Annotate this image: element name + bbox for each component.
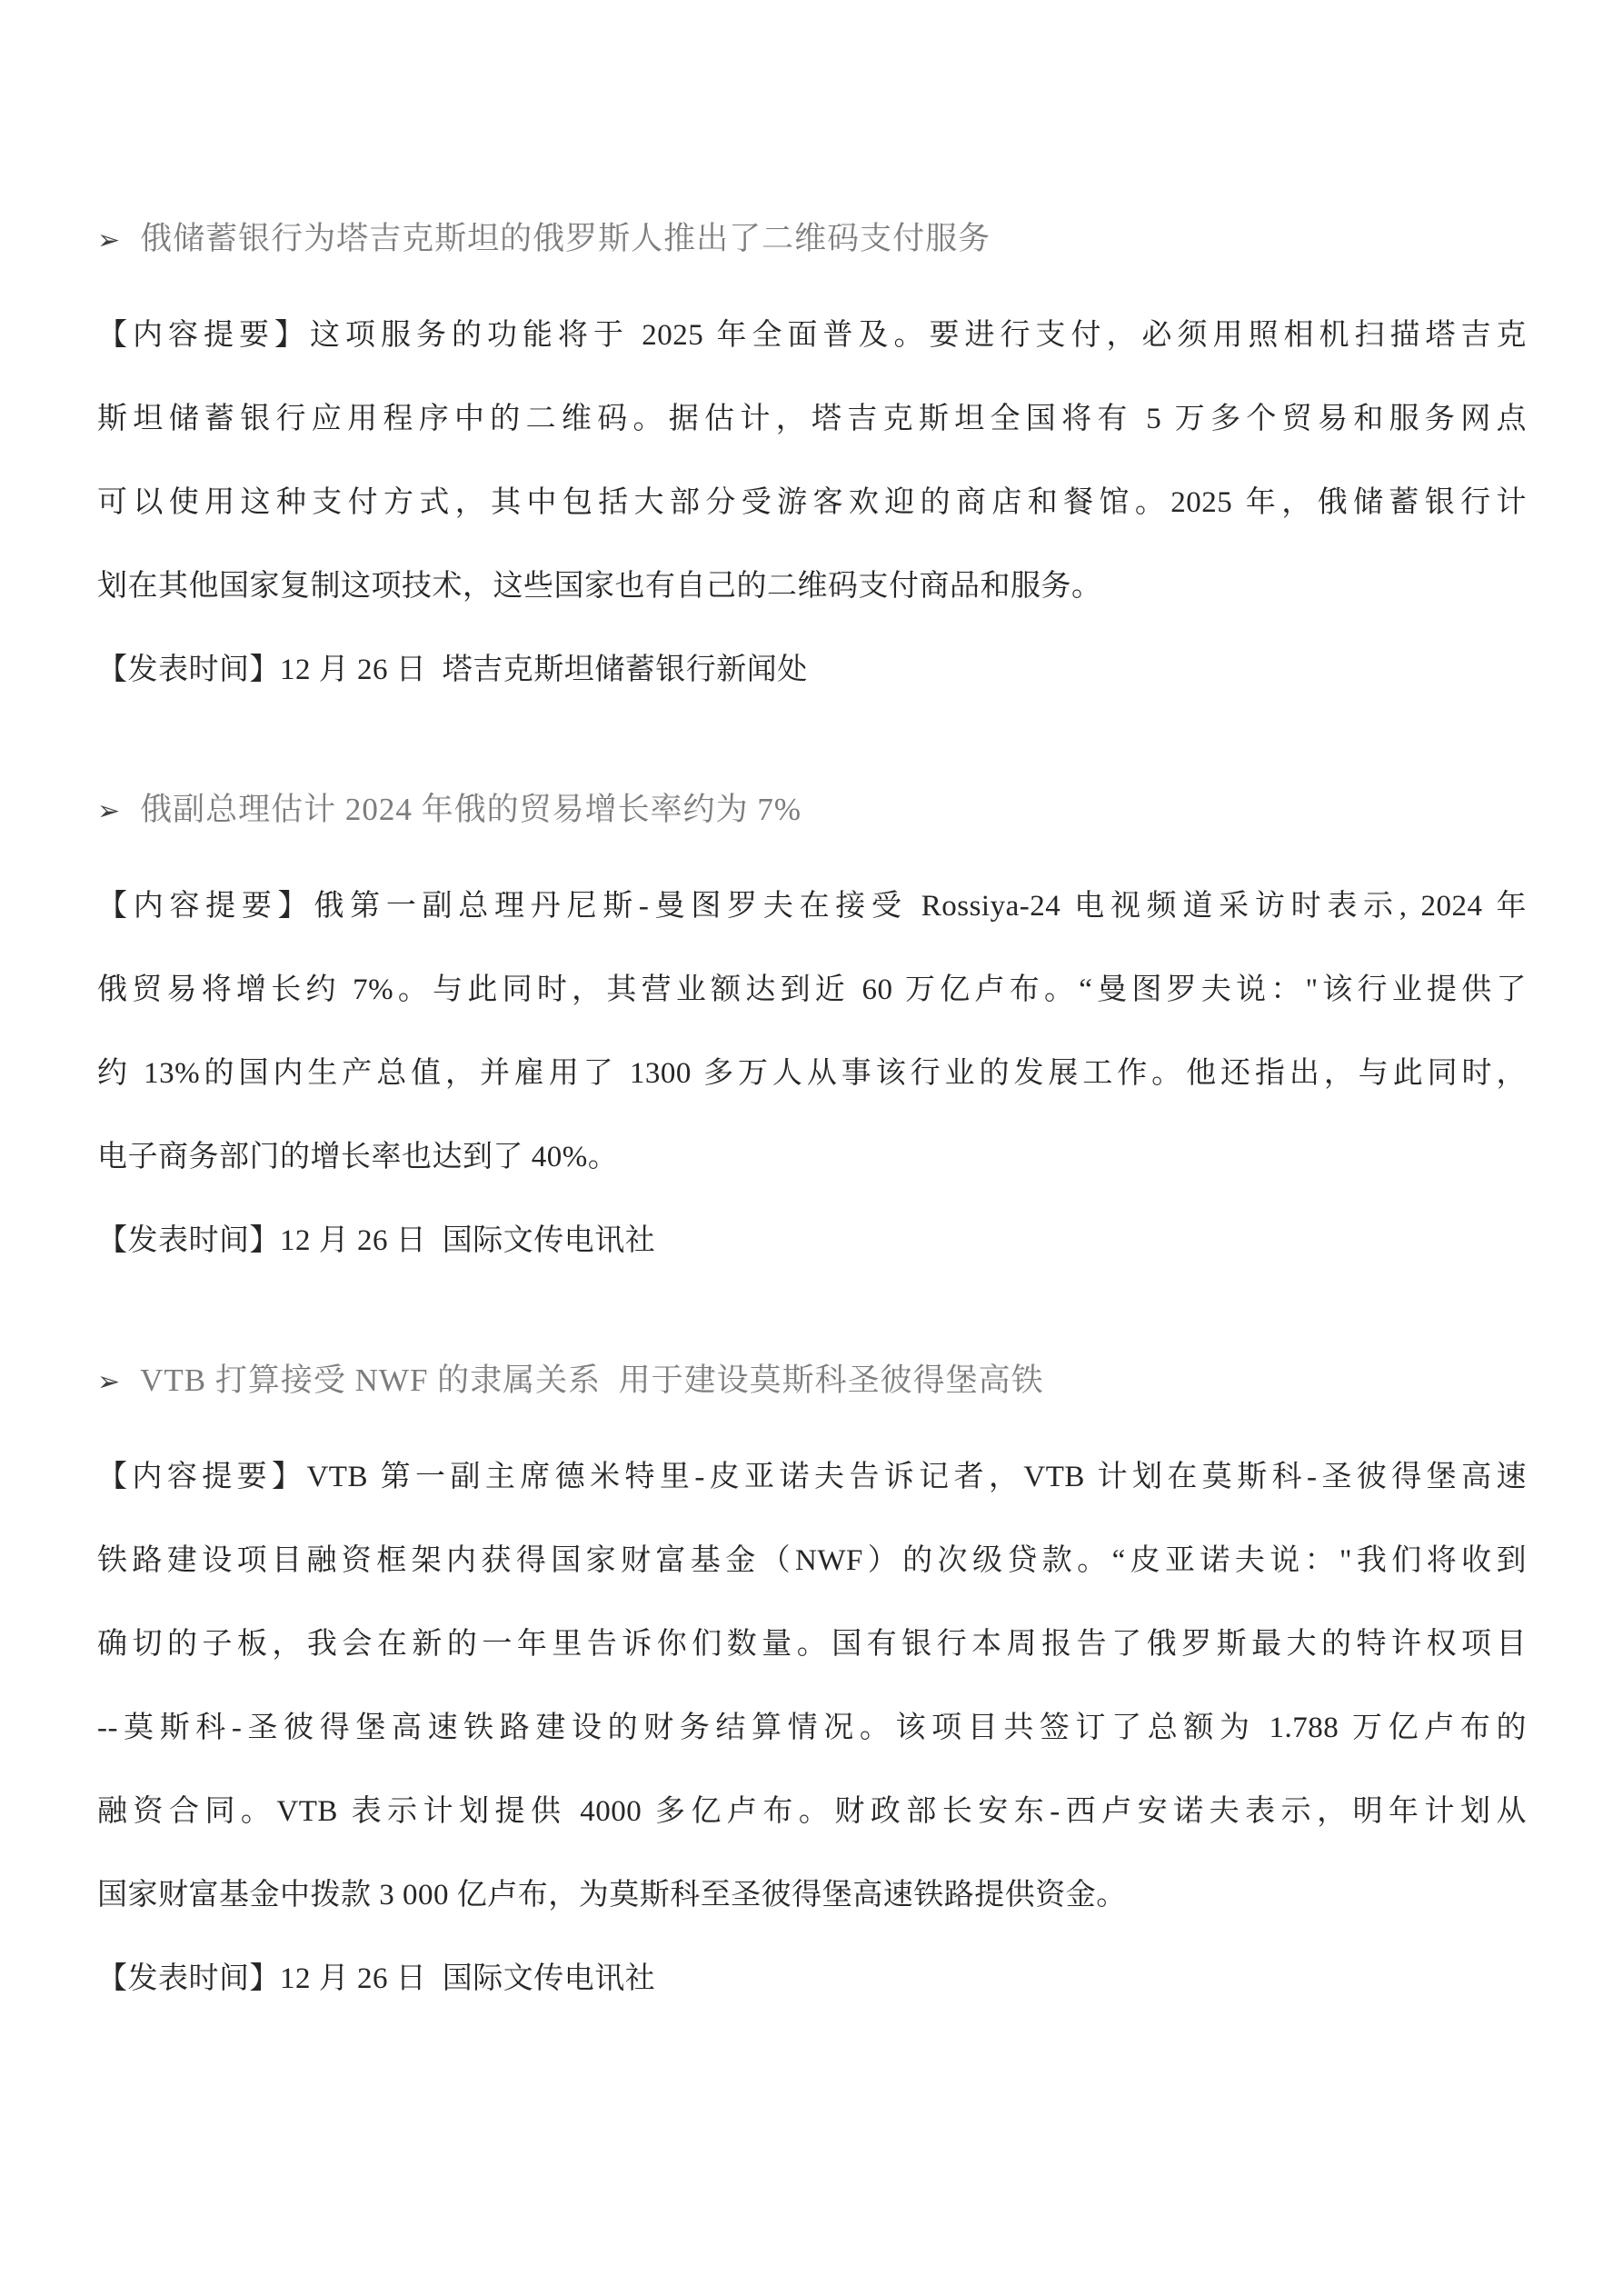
content-summary-line: 俄贸易将增长约 7%。与此同时，其营业额达到近 60 万亿卢布。“曼图罗夫说："… <box>97 948 1527 1032</box>
section-heading: ➢ 俄副总理估计 2024 年俄的贸易增长率约为 7% <box>97 768 1527 854</box>
section-heading: ➢ 俄储蓄银行为塔吉克斯坦的俄罗斯人推出了二维码支付服务 <box>97 197 1527 283</box>
content-summary-line: 国家财富基金中拨款 3 000 亿卢布，为莫斯科至圣彼得堡高速铁路提供资金。 <box>97 1853 1527 1937</box>
section-heading-text: 俄储蓄银行为塔吉克斯坦的俄罗斯人推出了二维码支付服务 <box>140 197 991 281</box>
publish-time: 【发表时间】12 月 26 日 塔吉克斯坦储蓄银行新闻处 <box>97 628 1527 712</box>
news-section-sberbank-qr: ➢ 俄储蓄银行为塔吉克斯坦的俄罗斯人推出了二维码支付服务 【内容提要】这项服务的… <box>97 197 1527 712</box>
content-summary-line: 铁路建设项目融资框架内获得国家财富基金（NWF）的次级贷款。“皮亚诺夫说："我们… <box>97 1519 1527 1602</box>
publish-time: 【发表时间】12 月 26 日 国际文传电讯社 <box>97 1199 1527 1283</box>
arrow-bullet-icon: ➢ <box>97 1341 120 1424</box>
arrow-bullet-icon: ➢ <box>97 199 120 283</box>
news-section-trade-growth: ➢ 俄副总理估计 2024 年俄的贸易增长率约为 7% 【内容提要】俄第一副总理… <box>97 768 1527 1283</box>
content-summary-line: 【内容提要】俄第一副总理丹尼斯-曼图罗夫在接受 Rossiya-24 电视频道采… <box>97 864 1527 948</box>
arrow-bullet-icon: ➢ <box>97 770 120 854</box>
content-summary-line: 【内容提要】这项服务的功能将于 2025 年全面普及。要进行支付，必须用照相机扫… <box>97 294 1527 377</box>
content-summary-line: 电子商务部门的增长率也达到了 40%。 <box>97 1115 1527 1199</box>
content-summary-line: 划在其他国家复制这项技术，这些国家也有自己的二维码支付商品和服务。 <box>97 544 1527 628</box>
content-summary-line: 斯坦储蓄银行应用程序中的二维码。据估计，塔吉克斯坦全国将有 5 万多个贸易和服务… <box>97 377 1527 461</box>
content-summary-line: 融资合同。VTB 表示计划提供 4000 多亿卢布。财政部长安东-西卢安诺夫表示… <box>97 1770 1527 1853</box>
document-page: ➢ 俄储蓄银行为塔吉克斯坦的俄罗斯人推出了二维码支付服务 【内容提要】这项服务的… <box>0 0 1623 2296</box>
document-content: ➢ 俄储蓄银行为塔吉克斯坦的俄罗斯人推出了二维码支付服务 【内容提要】这项服务的… <box>97 197 1527 2021</box>
news-section-vtb-nwf: ➢ VTB 打算接受 NWF 的隶属关系 用于建设莫斯科圣彼得堡高铁 【内容提要… <box>97 1339 1527 2021</box>
section-heading: ➢ VTB 打算接受 NWF 的隶属关系 用于建设莫斯科圣彼得堡高铁 <box>97 1339 1527 1424</box>
section-heading-text: VTB 打算接受 NWF 的隶属关系 用于建设莫斯科圣彼得堡高铁 <box>140 1339 1044 1423</box>
section-heading-text: 俄副总理估计 2024 年俄的贸易增长率约为 7% <box>140 768 802 852</box>
content-summary-line: 可以使用这种支付方式，其中包括大部分受游客欢迎的商店和餐馆。2025 年，俄储蓄… <box>97 461 1527 544</box>
content-summary-line: 确切的子板，我会在新的一年里告诉你们数量。国有银行本周报告了俄罗斯最大的特许权项… <box>97 1602 1527 1686</box>
content-summary-line: --莫斯科-圣彼得堡高速铁路建设的财务结算情况。该项目共签订了总额为 1.788… <box>97 1686 1527 1770</box>
publish-time: 【发表时间】12 月 26 日 国际文传电讯社 <box>97 1937 1527 2021</box>
content-summary-line: 约 13%的国内生产总值，并雇用了 1300 多万人从事该行业的发展工作。他还指… <box>97 1032 1527 1115</box>
content-summary-line: 【内容提要】VTB 第一副主席德米特里-皮亚诺夫告诉记者，VTB 计划在莫斯科-… <box>97 1435 1527 1519</box>
